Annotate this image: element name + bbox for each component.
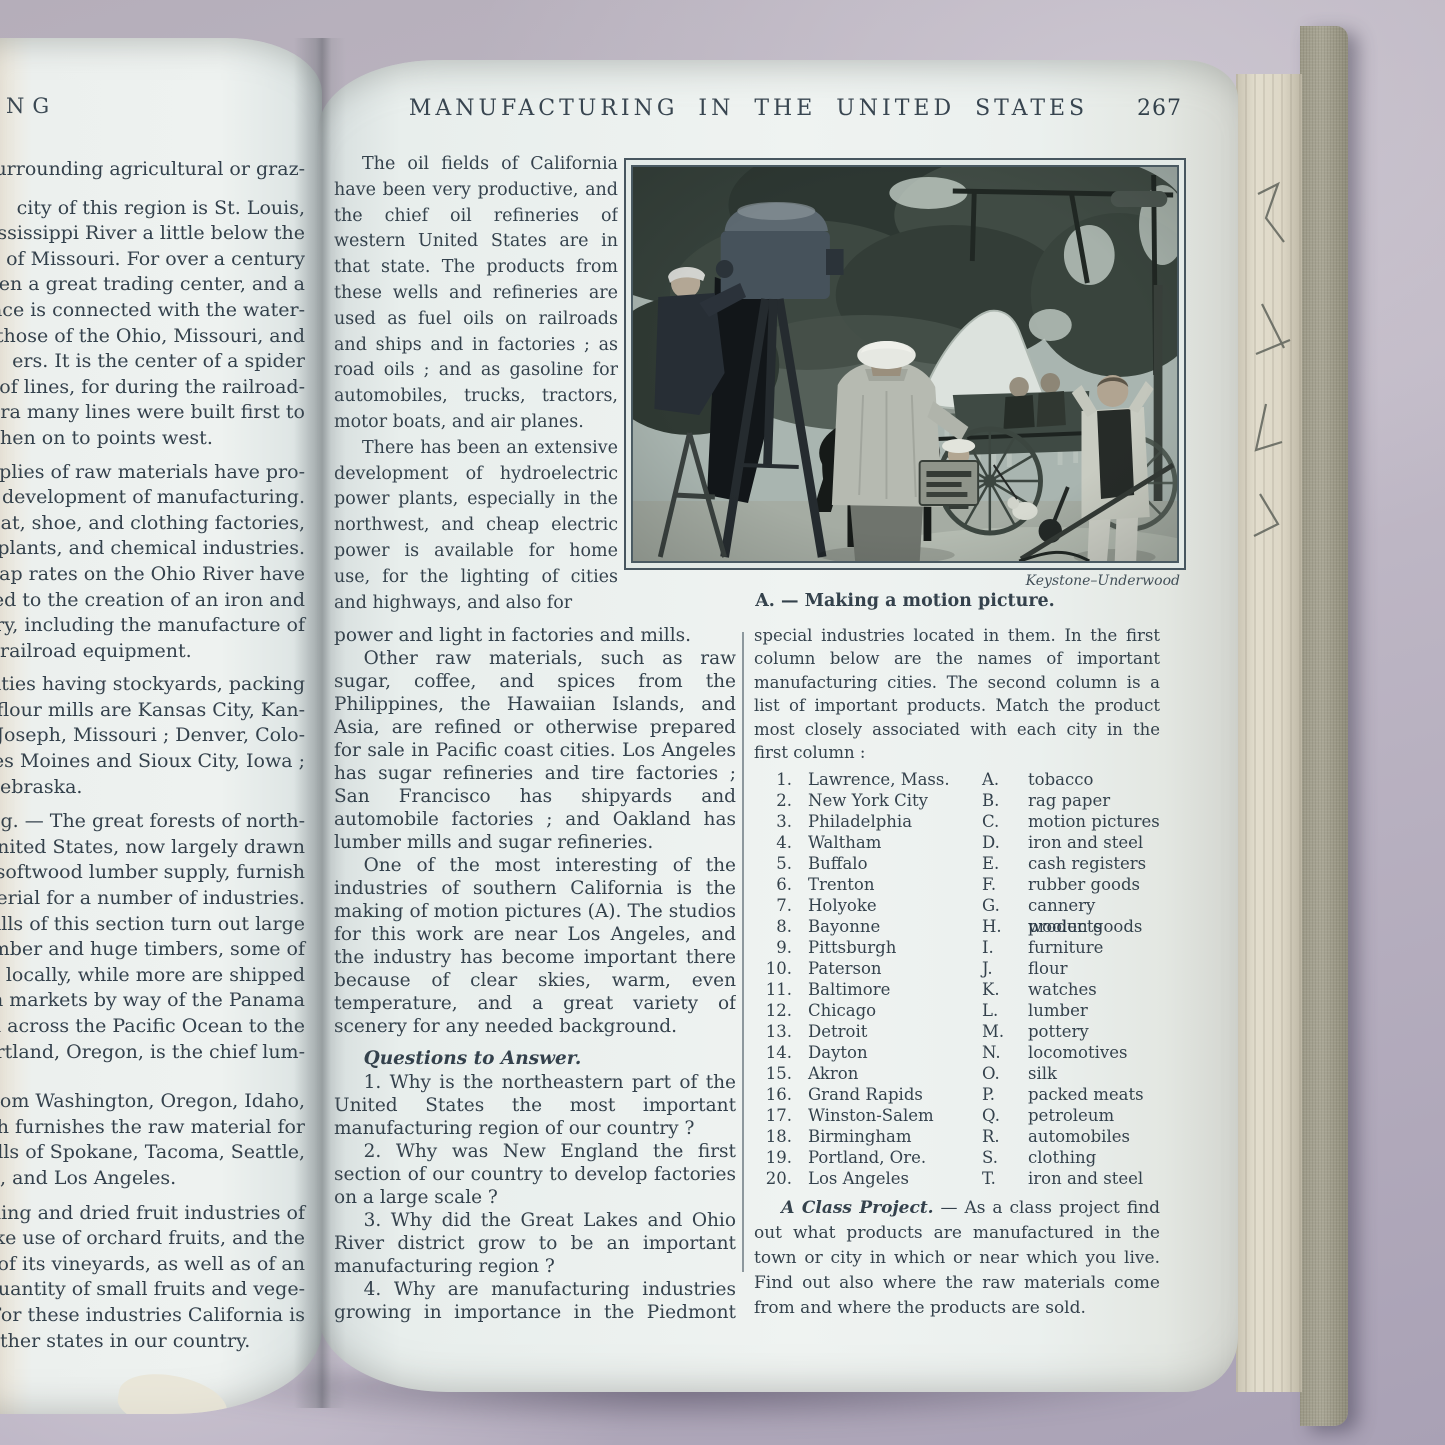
matching-row: 13. Detroit M. pottery	[754, 1021, 1160, 1042]
left-page-text-line: been a great trading center, and a	[0, 273, 308, 299]
product-letter: E.	[980, 853, 1018, 874]
matching-row: 2. New York City B. rag paper	[754, 790, 1160, 811]
city-number: 17.	[754, 1105, 794, 1126]
product-name: motion pictures	[1018, 811, 1160, 832]
city-number: 8.	[754, 916, 794, 937]
city-number: 3.	[754, 811, 794, 832]
left-page-text-line: of Missouri. For over a century	[0, 248, 308, 274]
left-page-text-line: , and Los Angeles.	[0, 1167, 308, 1193]
left-page-text-line: ring. — The great forests of north-	[0, 810, 308, 836]
product-letter: H.	[980, 916, 1018, 937]
column-divider	[742, 632, 744, 1272]
city-name: Baltimore	[794, 979, 980, 1000]
left-page-text-line: those of the Ohio, Missouri, and	[0, 325, 308, 351]
city-number: 18.	[754, 1126, 794, 1147]
left-page-text-line: other cities having stockyards, packing	[0, 673, 308, 699]
left-page-text-line: ers. It is the center of a spider	[0, 350, 308, 376]
left-page-text-line: place is connected with the water-	[0, 299, 308, 325]
left-page-text: its surrounding agricultural or graz- ci…	[0, 158, 308, 1355]
matching-row: 6. Trenton F. rubber goods	[754, 874, 1160, 895]
city-name: Birmingham	[794, 1126, 980, 1147]
photo-caption: A. — Making a motion picture.	[624, 589, 1186, 611]
product-letter: O.	[980, 1063, 1018, 1084]
city-name: Grand Rapids	[794, 1084, 980, 1105]
product-name: pottery	[1018, 1021, 1160, 1042]
matching-row: 16. Grand Rapids P. packed meats	[754, 1084, 1160, 1105]
left-page-text-line: of lumber and huge timbers, some of	[0, 938, 308, 964]
photo-frame	[624, 158, 1186, 570]
product-letter: T.	[980, 1168, 1018, 1189]
product-letter: B.	[980, 790, 1018, 811]
city-name: New York City	[794, 790, 980, 811]
matching-row: 20. Los Angeles T. iron and steel	[754, 1168, 1160, 1189]
left-page-text-line: make use of orchard fruits, and the	[0, 1227, 308, 1253]
product-letter: N.	[980, 1042, 1018, 1063]
matching-row: 18. Birmingham R. automobiles	[754, 1126, 1160, 1147]
left-page-text-line: city of this region is St. Louis,	[0, 197, 308, 223]
left-page-text-line: of its vineyards, as well as of an	[0, 1253, 308, 1279]
matching-row: 15. Akron O. silk	[754, 1063, 1160, 1084]
matching-row: 4. Waltham D. iron and steel	[754, 832, 1160, 853]
city-number: 20.	[754, 1168, 794, 1189]
paragraph: There has been an extensive development …	[334, 436, 618, 617]
city-number: 6.	[754, 874, 794, 895]
matching-row: 11. Baltimore K. watches	[754, 979, 1160, 1000]
matching-row: 5. Buffalo E. cash registers	[754, 853, 1160, 874]
left-page-text-line: era many lines were built first to	[0, 401, 308, 427]
left-page-text-line: and flour mills are Kansas City, Kan-	[0, 699, 308, 725]
product-name: lumber	[1018, 1000, 1160, 1021]
left-page-text-line: Portland, Oregon, is the chief lum-	[0, 1041, 308, 1067]
left-page-text-line: quantity of small fruits and vege-	[0, 1278, 308, 1304]
city-name: Akron	[794, 1063, 980, 1084]
left-page-text-line: ern United States, now largely drawn	[0, 836, 308, 862]
left-page: NG its surrounding agricultural or graz-…	[0, 38, 322, 1414]
city-name: Pittsburgh	[794, 937, 980, 958]
paragraph: Other raw materials, such as raw sugar, …	[334, 647, 736, 854]
left-page-text-line: led to the creation of an iron and	[0, 589, 308, 615]
matching-row: 10. Paterson J. flour	[754, 958, 1160, 979]
city-name: Lawrence, Mass.	[794, 769, 980, 790]
matching-row: 7. Holyoke G. cannery products	[754, 895, 1160, 916]
product-letter: K.	[980, 979, 1018, 1000]
city-name: Bayonne	[794, 916, 980, 937]
matching-row: 1. Lawrence, Mass. A. tobacco	[754, 769, 1160, 790]
product-letter: R.	[980, 1126, 1018, 1147]
product-name: automobiles	[1018, 1126, 1160, 1147]
city-name: Philadelphia	[794, 811, 980, 832]
city-name: Buffalo	[794, 853, 980, 874]
left-page-text-line: meat, shoe, and clothing factories,	[0, 512, 308, 538]
left-page-text-line: from Washington, Oregon, Idaho,	[0, 1090, 308, 1116]
matching-row: 3. Philadelphia C. motion pictures	[754, 811, 1160, 832]
left-page-text-line: cheap rates on the Ohio River have	[0, 563, 308, 589]
city-number: 2.	[754, 790, 794, 811]
class-project-paragraph: A Class Project. — As a class project fi…	[754, 1196, 1160, 1321]
matching-table: 1. Lawrence, Mass. A. tobacco 2. New Yor…	[754, 769, 1160, 1189]
city-number: 16.	[754, 1084, 794, 1105]
class-project-heading: A Class Project.	[781, 1198, 933, 1218]
product-name: tobacco	[1018, 769, 1160, 790]
city-number: 4.	[754, 832, 794, 853]
photo-illustration	[631, 165, 1179, 563]
left-page-text-line: which furnishes the raw material for	[0, 1116, 308, 1142]
product-name: silk	[1018, 1063, 1160, 1084]
matching-row: 17. Winston-Salem Q. petroleum	[754, 1105, 1160, 1126]
motion-picture-photo: Keystone–Underwood A. — Making a motion …	[624, 158, 1186, 611]
column-2: special industries located in them. In t…	[754, 624, 1160, 1354]
city-number: 13.	[754, 1021, 794, 1042]
product-name: cash registers	[1018, 853, 1160, 874]
page-header: MANUFACTURING IN THE UNITED STATES 267	[374, 96, 1182, 121]
page-title: MANUFACTURING IN THE UNITED STATES	[374, 96, 1123, 121]
product-letter: C.	[980, 811, 1018, 832]
left-page-text-line: and across the Pacific Ocean to the	[0, 1015, 308, 1041]
left-page-text-line: mills of Spokane, Tacoma, Seattle,	[0, 1141, 308, 1167]
product-letter: Q.	[980, 1105, 1018, 1126]
product-name: rag paper	[1018, 790, 1160, 811]
left-running-head: NG	[6, 94, 57, 118]
city-name: Paterson	[794, 958, 980, 979]
city-number: 15.	[754, 1063, 794, 1084]
page-number: 267	[1137, 96, 1182, 121]
city-number: 14.	[754, 1042, 794, 1063]
matching-row: 8. Bayonne H. woolen goods	[754, 916, 1160, 937]
product-letter: A.	[980, 769, 1018, 790]
product-name: woolen goods	[1018, 916, 1160, 937]
left-page-text-line: St. Joseph, Missouri ; Denver, Colo-	[0, 724, 308, 750]
question-item: 1. Why is the northeastern part of the U…	[334, 1071, 736, 1140]
product-letter: I.	[980, 937, 1018, 958]
left-page-text-line: ther states in our country.	[0, 1330, 308, 1356]
questions-heading: Questions to Answer.	[334, 1047, 736, 1070]
questions-list: 1. Why is the northeastern part of the U…	[334, 1071, 736, 1324]
pencil-marks	[1236, 74, 1302, 1392]
product-name: iron and steel	[1018, 1168, 1160, 1189]
photo-credit: Keystone–Underwood	[624, 570, 1186, 589]
product-name: flour	[1018, 958, 1160, 979]
city-number: 19.	[754, 1147, 794, 1168]
product-name: clothing	[1018, 1147, 1160, 1168]
city-number: 5.	[754, 853, 794, 874]
product-name: watches	[1018, 979, 1160, 1000]
city-name: Chicago	[794, 1000, 980, 1021]
column-1-paragraphs: Other raw materials, such as raw sugar, …	[334, 647, 736, 1038]
city-name: Dayton	[794, 1042, 980, 1063]
product-name: packed meats	[1018, 1084, 1160, 1105]
left-page-text-line: Des Moines and Sioux City, Iowa ;	[0, 750, 308, 776]
left-page-text-line: for softwood lumber supply, furnish	[0, 861, 308, 887]
question-item: 3. Why did the Great Lakes and Ohio Rive…	[334, 1209, 736, 1278]
left-page-text-line: steel plants, and chemical industries.	[0, 537, 308, 563]
question-item: 4. Why are manufacturing industries grow…	[334, 1278, 736, 1324]
product-name: locomotives	[1018, 1042, 1160, 1063]
product-name: rubber goods	[1018, 874, 1160, 895]
city-name: Los Angeles	[794, 1168, 980, 1189]
right-page: MANUFACTURING IN THE UNITED STATES 267 T…	[318, 60, 1238, 1392]
book-cover-edge	[1300, 26, 1348, 1426]
product-letter: F.	[980, 874, 1018, 895]
city-name: Winston-Salem	[794, 1105, 980, 1126]
paragraph: The oil fields of California have been v…	[334, 152, 618, 436]
product-letter: M.	[980, 1021, 1018, 1042]
left-page-text-line: the development of manufacturing.	[0, 486, 308, 512]
matching-row: 12. Chicago L. lumber	[754, 1000, 1160, 1021]
city-number: 11.	[754, 979, 794, 1000]
paragraph: One of the most interesting of the indus…	[334, 854, 736, 1038]
left-page-text-line: web of lines, for during the railroad-	[0, 376, 308, 402]
left-page-text-line: For these industries California is	[0, 1304, 308, 1330]
left-page-text-line: hen on to points west.	[0, 427, 308, 453]
left-page-text-line: supplies of raw materials have pro-	[0, 461, 308, 487]
product-letter: S.	[980, 1147, 1018, 1168]
product-letter: J.	[980, 958, 1018, 979]
matching-row: 9. Pittsburgh I. furniture	[754, 937, 1160, 958]
matching-intro: special industries located in them. In t…	[754, 624, 1160, 764]
column-1-bottom: power and light in factories and mills. …	[334, 624, 736, 1324]
left-page-text-line: railroad equipment.	[0, 640, 308, 666]
matching-row: 14. Dayton N. locomotives	[754, 1042, 1160, 1063]
city-number: 9.	[754, 937, 794, 958]
matching-row: 19. Portland, Ore. S. clothing	[754, 1147, 1160, 1168]
question-item: 2. Why was New England the first section…	[334, 1140, 736, 1209]
left-page-text-line: ebraska.	[0, 776, 308, 802]
left-page-text-line: industry, including the manufacture of	[0, 614, 308, 640]
city-name: Portland, Ore.	[794, 1147, 980, 1168]
city-name: Detroit	[794, 1021, 980, 1042]
product-letter: P.	[980, 1084, 1018, 1105]
left-page-text-line: ning and dried fruit industries of	[0, 1202, 308, 1228]
left-page-text-line: used locally, while more are shipped	[0, 964, 308, 990]
city-number: 12.	[754, 1000, 794, 1021]
product-letter: D.	[980, 832, 1018, 853]
city-name: Waltham	[794, 832, 980, 853]
left-page-text-line: ern markets by way of the Panama	[0, 989, 308, 1015]
product-name: furniture	[1018, 937, 1160, 958]
left-page-text-line: mills of this section turn out large	[0, 913, 308, 939]
open-book-photo: NG its surrounding agricultural or graz-…	[0, 0, 1445, 1445]
product-letter: L.	[980, 1000, 1018, 1021]
left-page-text-line: Mississippi River a little below the	[0, 222, 308, 248]
product-name: iron and steel	[1018, 832, 1160, 853]
column-1-top: The oil fields of California have been v…	[334, 152, 618, 622]
city-name: Trenton	[794, 874, 980, 895]
product-name: petroleum	[1018, 1105, 1160, 1126]
city-number: 1.	[754, 769, 794, 790]
left-page-text-line: its surrounding agricultural or graz-	[0, 158, 308, 184]
city-number: 10.	[754, 958, 794, 979]
left-page-text-line: terial for a number of industries.	[0, 887, 308, 913]
page-edges	[1236, 74, 1302, 1392]
paragraph-continuation: power and light in factories and mills.	[334, 624, 736, 647]
